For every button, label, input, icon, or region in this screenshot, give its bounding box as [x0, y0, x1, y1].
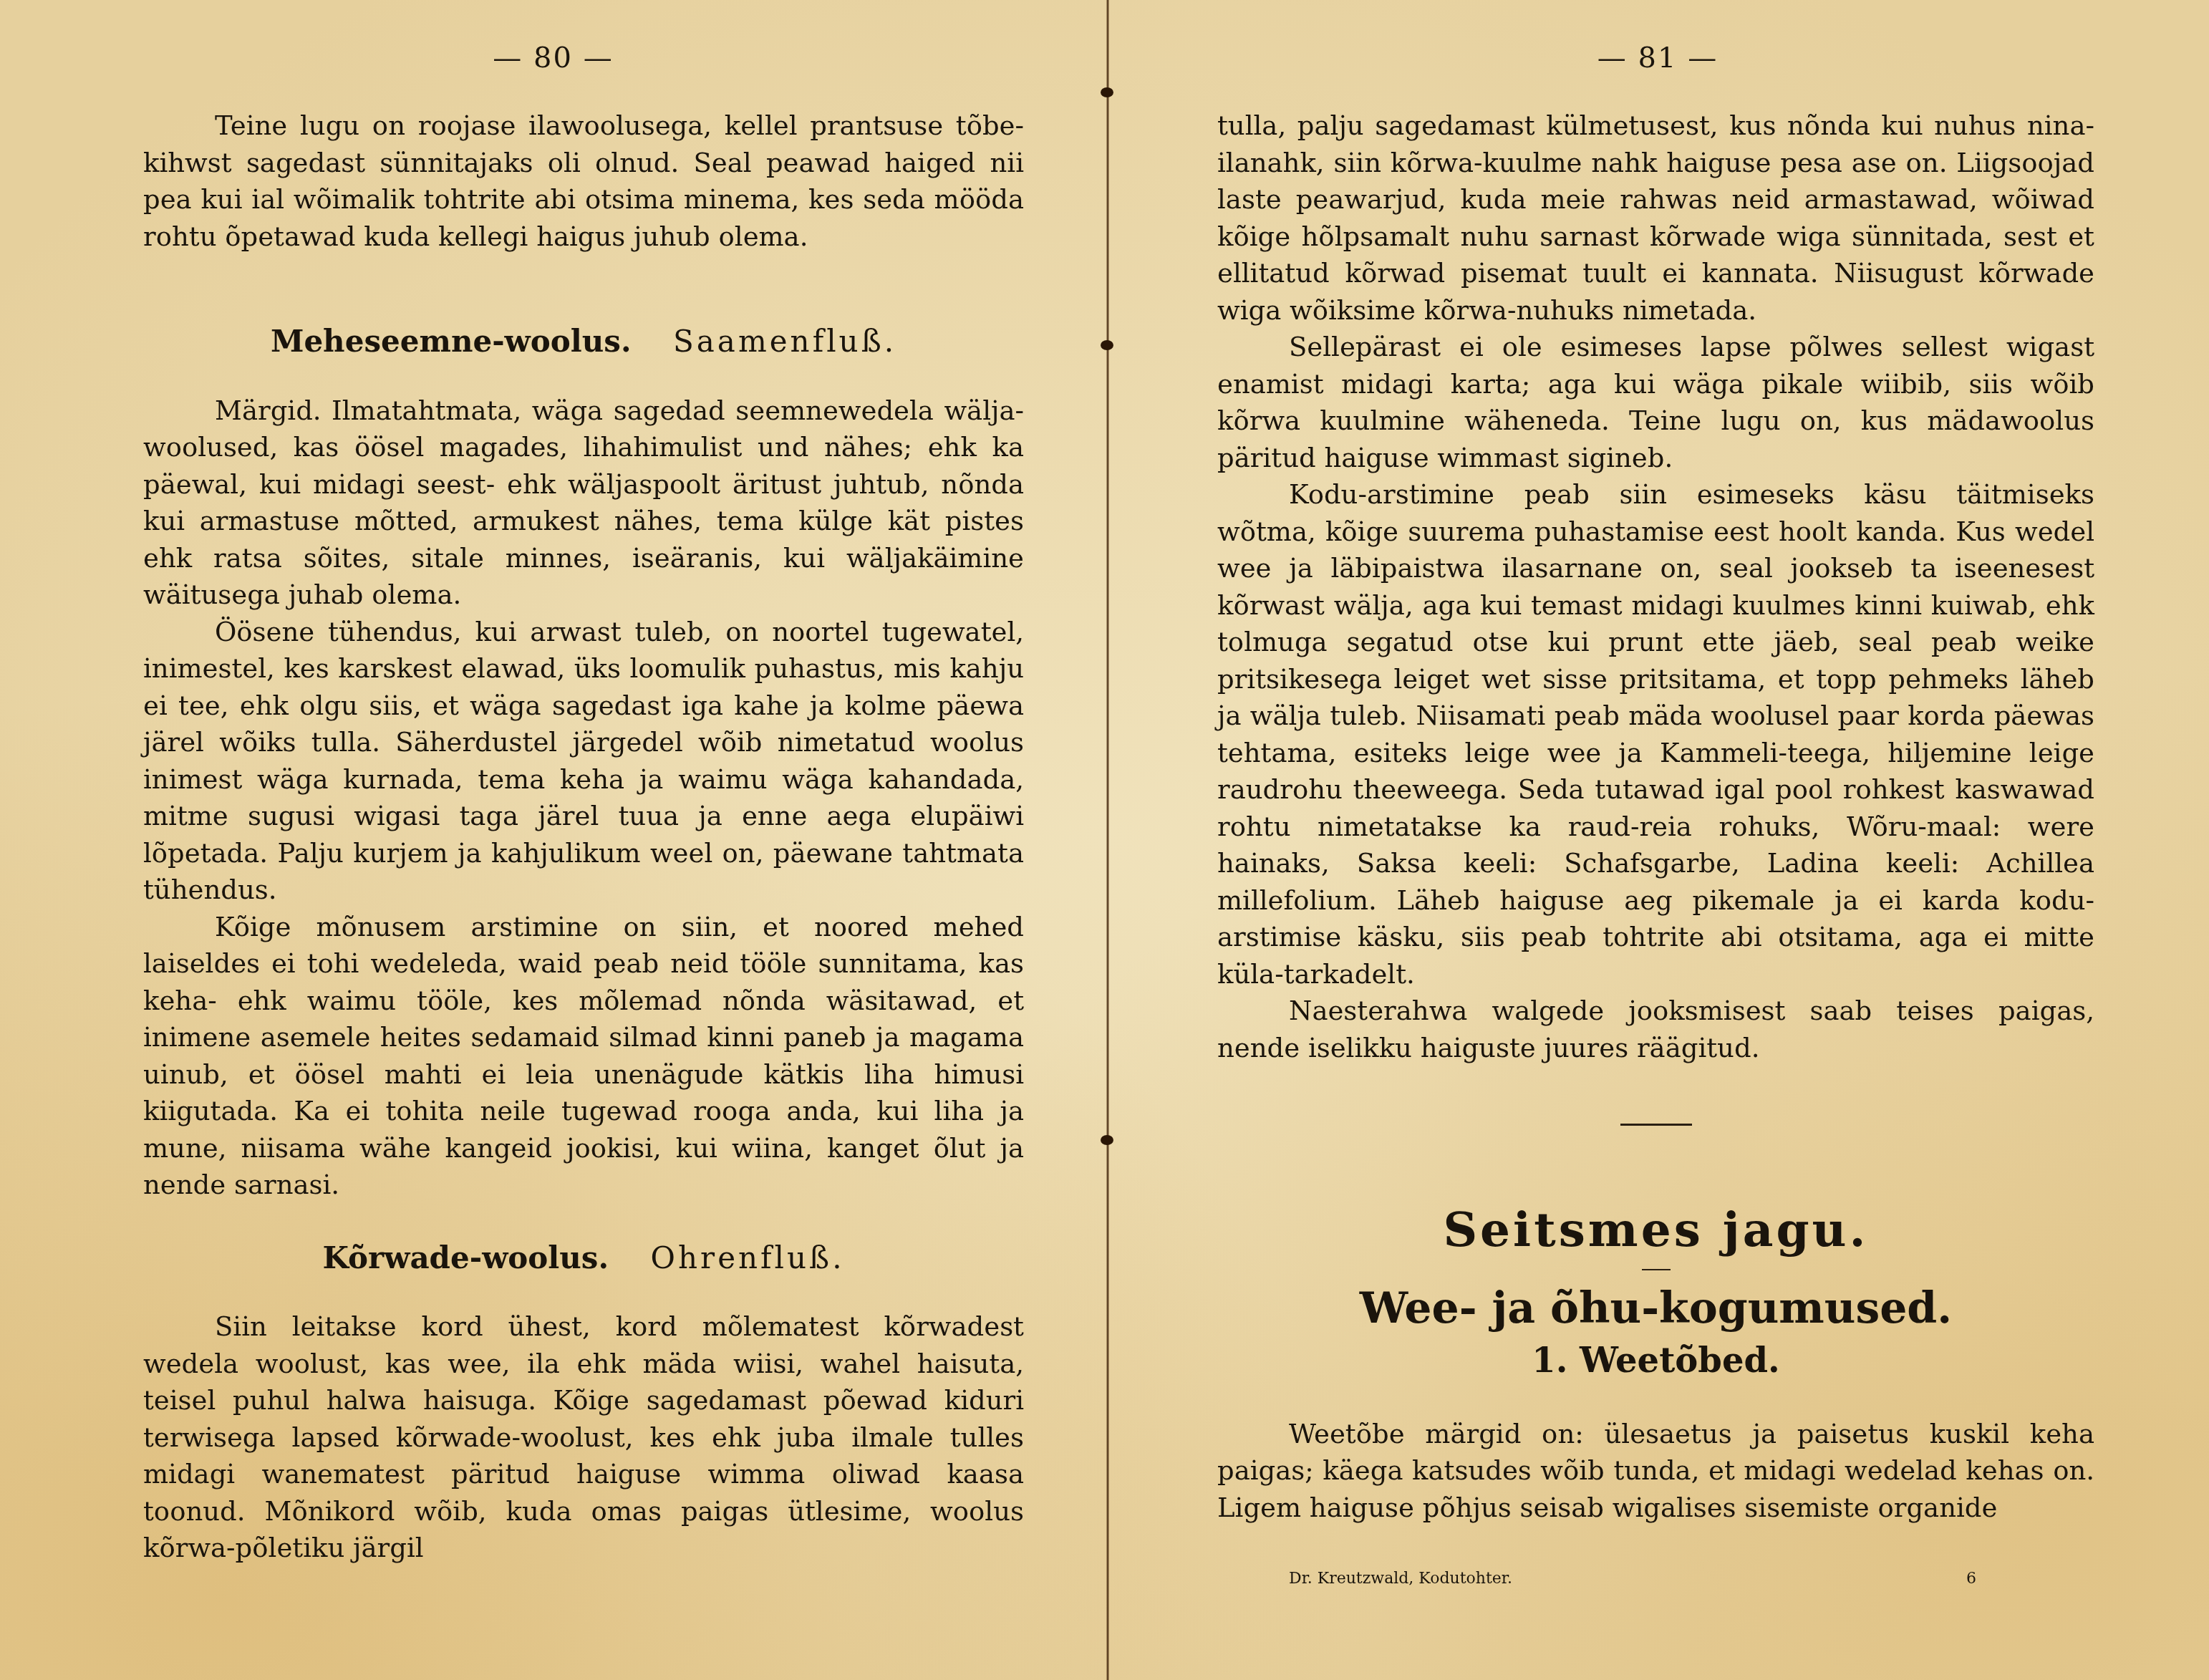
paragraph: Kõige mõnusem arstimine on siin, et noor…: [143, 909, 1024, 1204]
right-text-column: tulla, palju sagedamast külmetusest, kus…: [1217, 107, 2094, 1526]
left-page: — 80 — Teine lugu on roojase ilawooluseg…: [0, 0, 1106, 1680]
signature-line: Dr. Kreutzwald, Kodutohter.: [1289, 1570, 1512, 1588]
section-heading-meheseemne: Meheseemne-woolus. Saamenfluß.: [143, 323, 1024, 360]
chapter-subtitle: Wee- ja õhu-kogumused.: [1217, 1290, 2094, 1328]
book-spread: — 80 — Teine lugu on roojase ilawooluseg…: [0, 0, 2209, 1680]
paragraph: Öösene tühendus, kui arwast tuleb, on no…: [143, 614, 1024, 909]
page-number-left: — 80 —: [0, 42, 1106, 74]
signature-mark: 6: [1966, 1570, 1976, 1588]
section-title: Meheseemne-woolus.: [271, 324, 632, 359]
section-title-german: Ohrenfluß.: [651, 1240, 845, 1275]
section-heading-korwade: Kõrwade-woolus. Ohrenfluß.: [143, 1240, 1024, 1277]
paragraph: Siin leitakse kord ühest, kord mõlemates…: [143, 1308, 1024, 1567]
page-number-right: — 81 —: [1106, 42, 2209, 74]
paragraph: Kodu-arstimine peab siin esimeseks käsu …: [1217, 476, 2094, 993]
section-title: Kõrwade-woolus.: [323, 1240, 609, 1275]
chapter-title: Seitsmes jagu.: [1217, 1212, 2094, 1249]
section-title-german: Saamenfluß.: [673, 324, 896, 359]
paragraph: Naesterahwa walgede jooksmisest saab tei…: [1217, 993, 2094, 1066]
section-title-weetobed: 1. Weetõbed.: [1217, 1343, 2094, 1380]
paragraph: Sellepärast ei ole esimeses lapse põlwes…: [1217, 329, 2094, 476]
page-footer: Dr. Kreutzwald, Kodutohter. 6: [1289, 1570, 1976, 1588]
paragraph: Märgid. Ilmatahtmata, wäga sagedad seemn…: [143, 392, 1024, 614]
intro-paragraph: Teine lugu on roojase ilawoolusega, kell…: [143, 107, 1024, 255]
paragraph: Weetõbe märgid on: ülesaetus ja paisetus…: [1217, 1416, 2094, 1527]
paragraph: tulla, palju sagedamast külmetusest, kus…: [1217, 107, 2094, 329]
left-text-column: Teine lugu on roojase ilawoolusega, kell…: [143, 107, 1024, 1567]
